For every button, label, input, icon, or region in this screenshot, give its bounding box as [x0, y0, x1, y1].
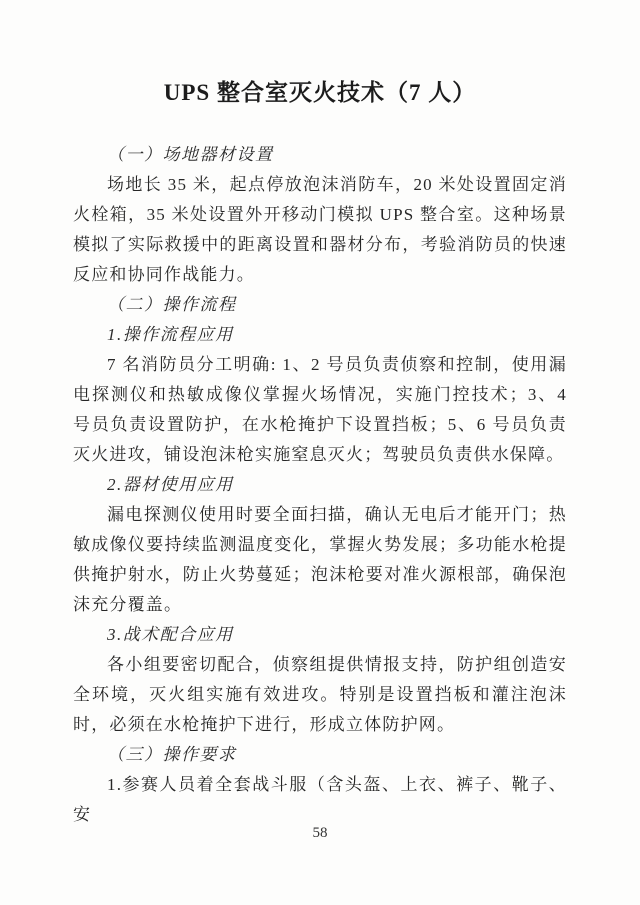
document-body: （一）场地器材设置 场地长 35 米，起点停放泡沫消防车，20 米处设置固定消火… — [73, 140, 567, 830]
section-heading-operation-requirements: （三）操作要求 — [73, 740, 567, 770]
subsection-heading-flow-application: 1.操作流程应用 — [73, 320, 567, 350]
page-number: 58 — [0, 823, 640, 843]
paragraph-flow-application: 7 名消防员分工明确: 1、2 号员负责侦察和控制，使用漏电探测仪和热敏成像仪掌… — [73, 350, 567, 470]
paragraph-equipment-use: 漏电探测仪使用时要全面扫描，确认无电后才能开门；热敏成像仪要持续监测温度变化，掌… — [73, 500, 567, 620]
document-page: UPS 整合室灭火技术（7 人） （一）场地器材设置 场地长 35 米，起点停放… — [0, 0, 640, 905]
paragraph-tactical-cooperation: 各小组要密切配合，侦察组提供情报支持，防护组创造安全环境，灭火组实施有效进攻。特… — [73, 650, 567, 740]
subsection-heading-equipment-use: 2.器材使用应用 — [73, 470, 567, 500]
paragraph-operation-requirements: 1.参赛人员着全套战斗服（含头盔、上衣、裤子、靴子、安 — [73, 770, 567, 830]
section-heading-operation-flow: （二）操作流程 — [73, 290, 567, 320]
section-heading-site-equipment: （一）场地器材设置 — [73, 140, 567, 170]
page-title: UPS 整合室灭火技术（7 人） — [73, 76, 567, 110]
paragraph-site-equipment: 场地长 35 米，起点停放泡沫消防车，20 米处设置固定消火栓箱，35 米处设置… — [73, 170, 567, 290]
subsection-heading-tactical-cooperation: 3.战术配合应用 — [73, 620, 567, 650]
